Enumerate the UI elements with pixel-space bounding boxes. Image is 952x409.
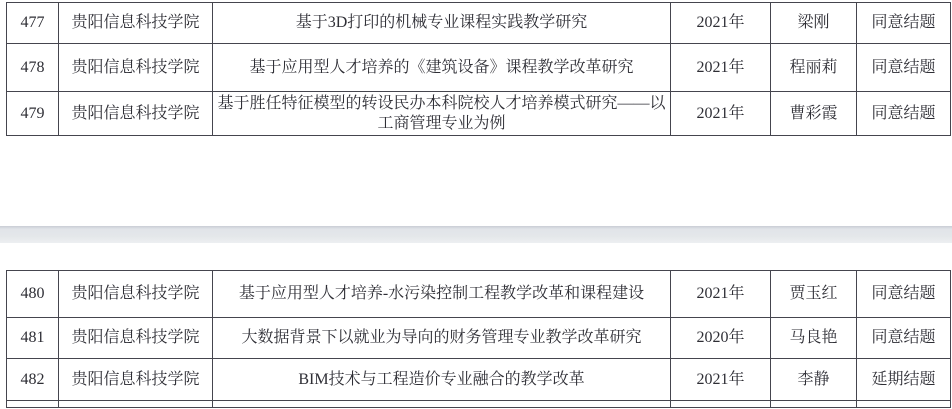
cell-year <box>671 401 771 408</box>
cell-year: 2021年 <box>671 44 771 92</box>
cell-result: 延期结题 <box>857 359 951 401</box>
cell-school: 贵阳信息科技学院 <box>59 318 213 359</box>
table-row: 481 贵阳信息科技学院 大数据背景下以就业为导向的财务管理专业教学改革研究 2… <box>7 318 951 359</box>
cell-year: 2021年 <box>671 359 771 401</box>
cell-leader: 曹彩霞 <box>771 92 857 136</box>
cell-leader: 程丽莉 <box>771 44 857 92</box>
cell-year: 2021年 <box>671 3 771 44</box>
projects-table-page-1: 477 贵阳信息科技学院 基于3D打印的机械专业课程实践教学研究 2021年 梁… <box>6 2 951 136</box>
cell-seq <box>7 401 59 408</box>
cell-result: 同意结题 <box>857 92 951 136</box>
cell-result: 同意结题 <box>857 44 951 92</box>
table-row: 478 贵阳信息科技学院 基于应用型人才培养的《建筑设备》课程教学改革研究 20… <box>7 44 951 92</box>
cell-leader: 贾玉红 <box>771 271 857 318</box>
table-row: 482 贵阳信息科技学院 BIM技术与工程造价专业融合的教学改革 2021年 李… <box>7 359 951 401</box>
cell-school: 贵阳信息科技学院 <box>59 359 213 401</box>
cell-leader <box>771 401 857 408</box>
cell-seq: 478 <box>7 44 59 92</box>
page-2: 480 贵阳信息科技学院 基于应用型人才培养-水污染控制工程教学改革和课程建设 … <box>0 243 952 409</box>
cell-school <box>59 401 213 408</box>
cell-title <box>213 401 671 408</box>
cell-leader: 李静 <box>771 359 857 401</box>
cell-title: 基于应用型人才培养-水污染控制工程教学改革和课程建设 <box>213 271 671 318</box>
cell-seq: 479 <box>7 92 59 136</box>
cell-title: 大数据背景下以就业为导向的财务管理专业教学改革研究 <box>213 318 671 359</box>
cell-seq: 481 <box>7 318 59 359</box>
page-gap-divider <box>0 226 952 243</box>
cell-leader: 马良艳 <box>771 318 857 359</box>
cell-leader: 梁刚 <box>771 3 857 44</box>
page-1: 477 贵阳信息科技学院 基于3D打印的机械专业课程实践教学研究 2021年 梁… <box>0 0 952 226</box>
cell-seq: 482 <box>7 359 59 401</box>
cell-result: 同意结题 <box>857 318 951 359</box>
cell-school: 贵阳信息科技学院 <box>59 92 213 136</box>
table-row-partial <box>7 401 951 408</box>
table-row: 480 贵阳信息科技学院 基于应用型人才培养-水污染控制工程教学改革和课程建设 … <box>7 271 951 318</box>
cell-school: 贵阳信息科技学院 <box>59 3 213 44</box>
cell-school: 贵阳信息科技学院 <box>59 44 213 92</box>
document-viewport: { "colors": { "page_background": "#fffff… <box>0 0 952 409</box>
cell-title: BIM技术与工程造价专业融合的教学改革 <box>213 359 671 401</box>
cell-seq: 477 <box>7 3 59 44</box>
cell-title: 基于应用型人才培养的《建筑设备》课程教学改革研究 <box>213 44 671 92</box>
cell-school: 贵阳信息科技学院 <box>59 271 213 318</box>
cell-result <box>857 401 951 408</box>
cell-year: 2021年 <box>671 92 771 136</box>
cell-year: 2020年 <box>671 318 771 359</box>
table-row: 477 贵阳信息科技学院 基于3D打印的机械专业课程实践教学研究 2021年 梁… <box>7 3 951 44</box>
cell-year: 2021年 <box>671 271 771 318</box>
cell-seq: 480 <box>7 271 59 318</box>
cell-result: 同意结题 <box>857 271 951 318</box>
table-row: 479 贵阳信息科技学院 基于胜任特征模型的转设民办本科院校人才培养模式研究——… <box>7 92 951 136</box>
cell-title: 基于胜任特征模型的转设民办本科院校人才培养模式研究——以工商管理专业为例 <box>213 92 671 136</box>
cell-title: 基于3D打印的机械专业课程实践教学研究 <box>213 3 671 44</box>
cell-result: 同意结题 <box>857 3 951 44</box>
projects-table-page-2: 480 贵阳信息科技学院 基于应用型人才培养-水污染控制工程教学改革和课程建设 … <box>6 270 951 408</box>
